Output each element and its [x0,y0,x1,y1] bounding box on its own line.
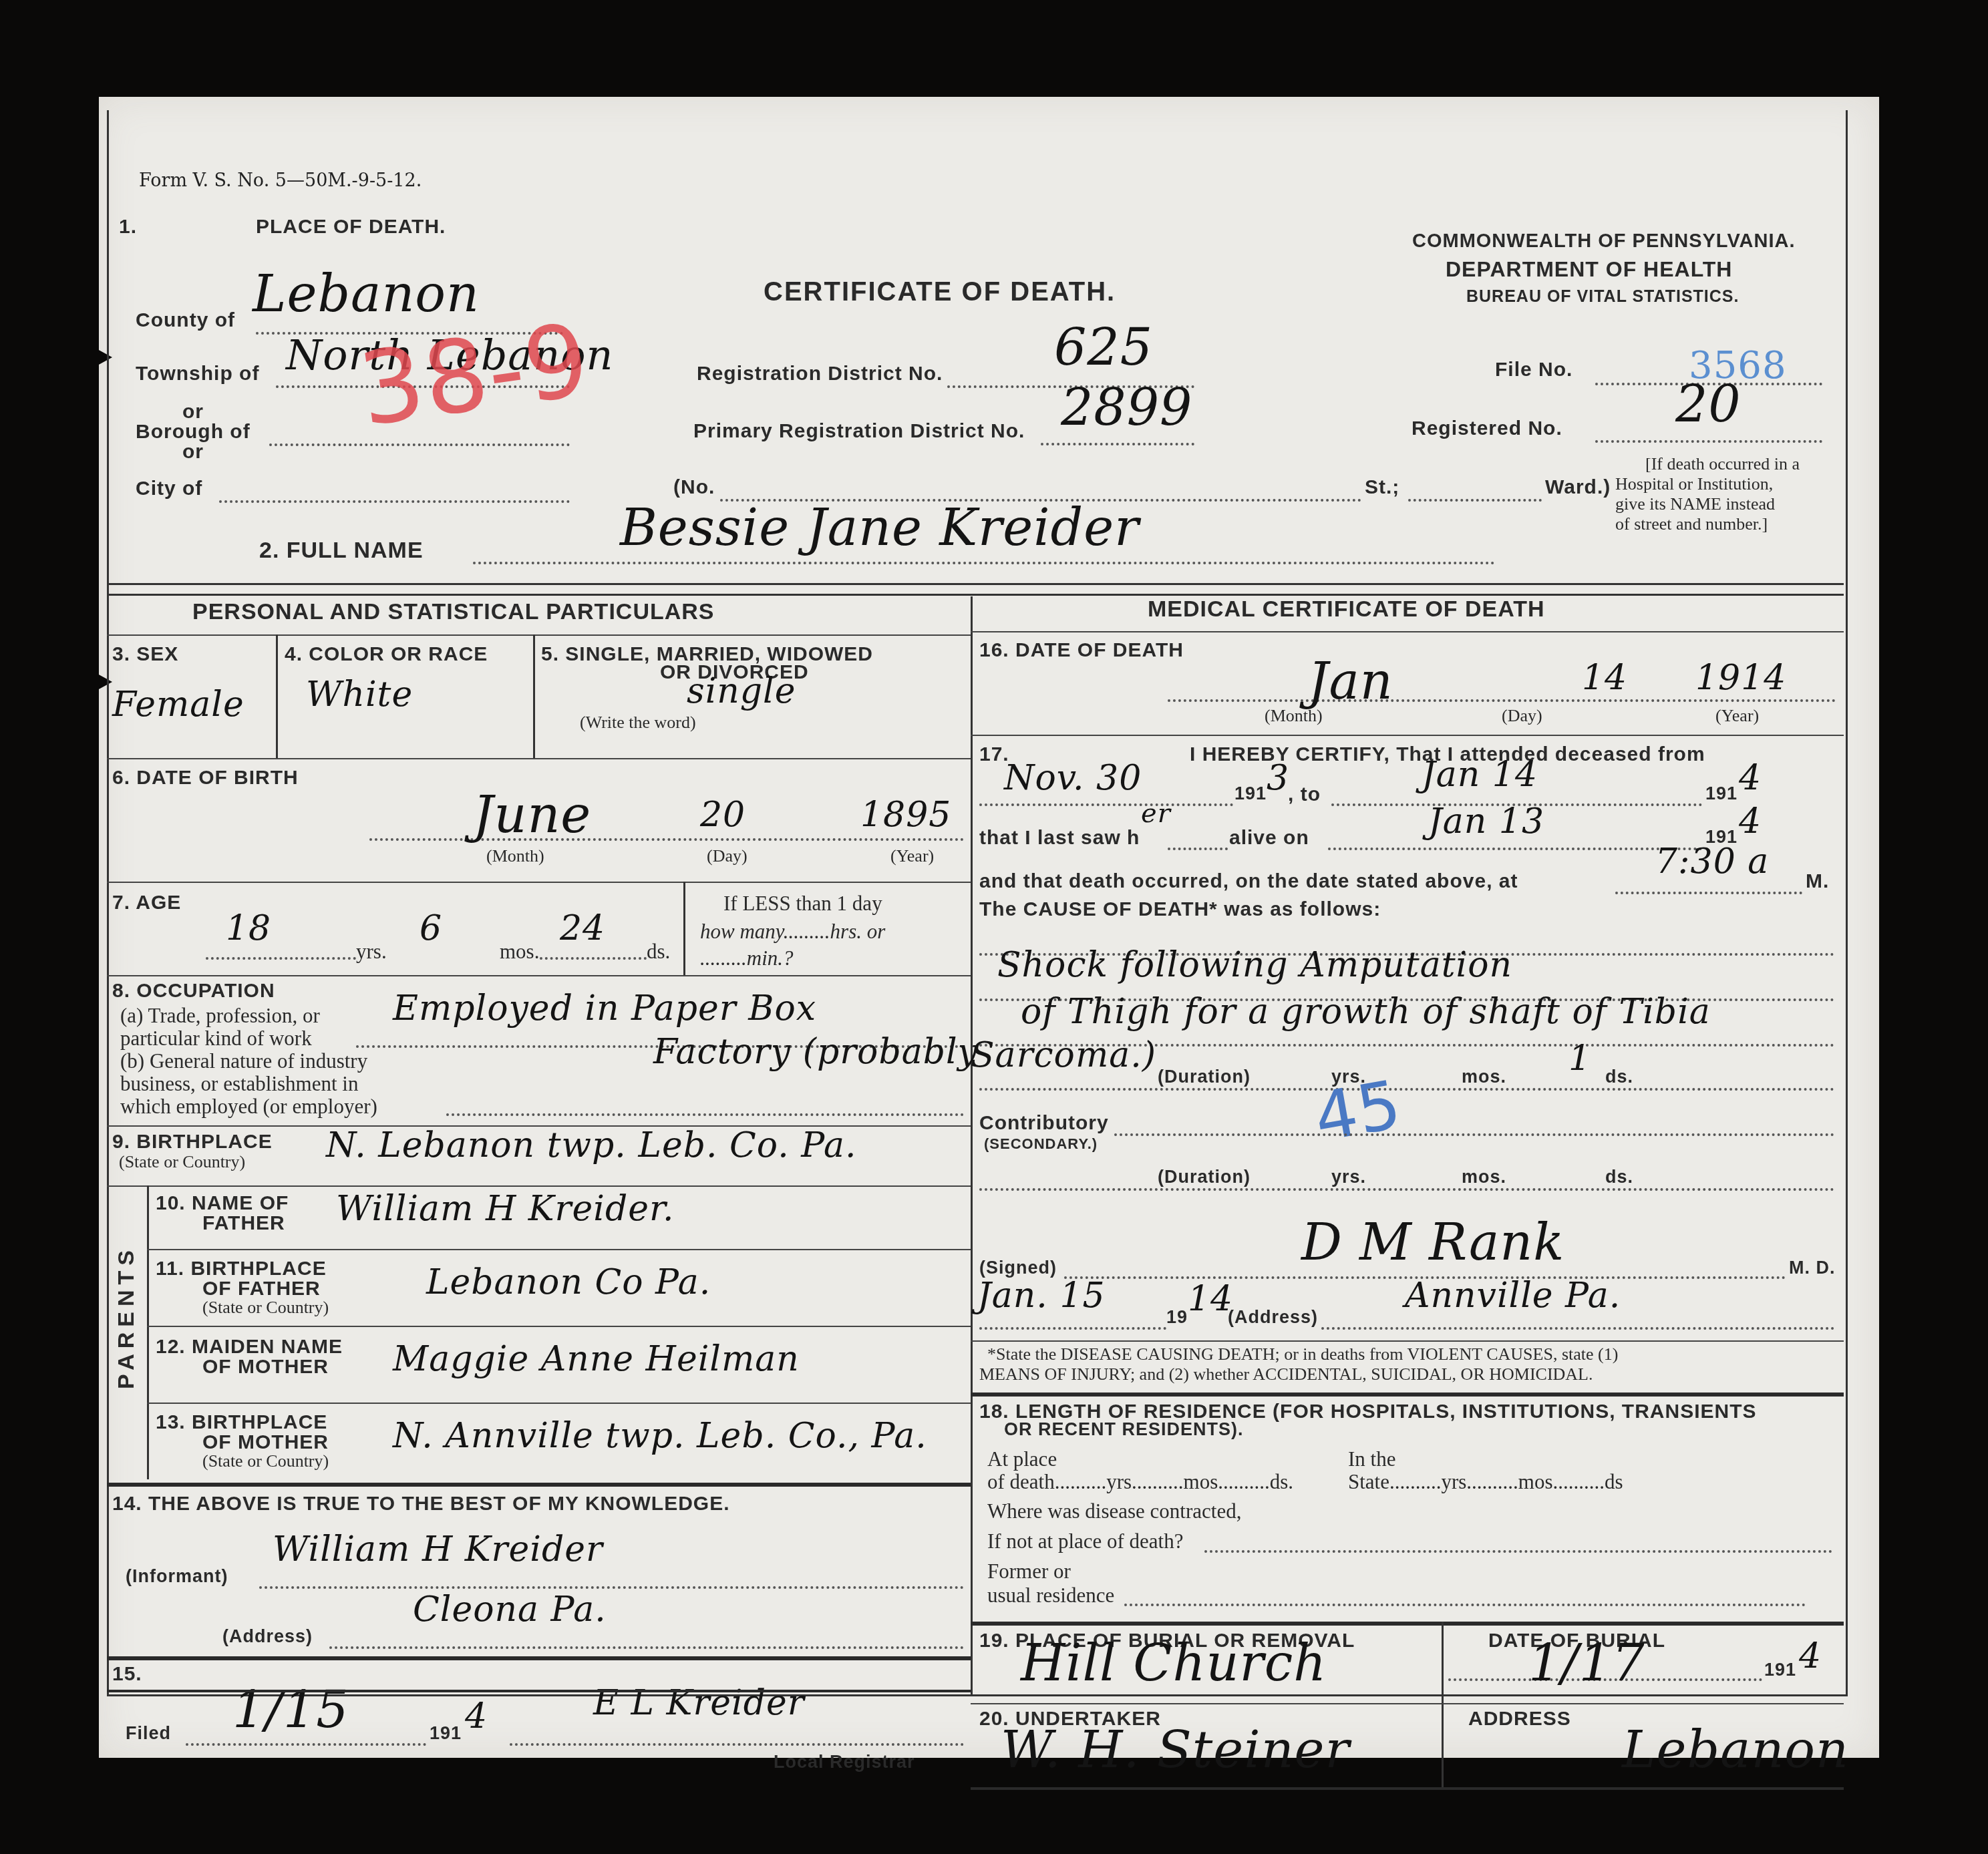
row-rule [971,1393,1844,1397]
sex-value: Female [112,685,244,725]
father-name-label-1: 10. NAME OF [156,1192,289,1215]
row-rule [971,631,1844,632]
state-duration-label: State..........yrs..........mos.........… [1348,1470,1623,1494]
cause-value-line2: of Thigh for a growth of shaft of Tibia [1021,992,1711,1032]
age-years-unit: yrs. [356,940,387,964]
death-date-line [1168,699,1836,702]
certificate-title: CERTIFICATE OF DEATH. [764,277,1116,307]
footnote-line2: MEANS OF INJURY; and (2) whether ACCIDEN… [979,1364,1593,1384]
full-name-label: 2. FULL NAME [259,538,424,564]
registrar-label: Local Registrar [774,1752,915,1773]
death-year-caption: (Year) [1715,706,1759,726]
registration-district-value: 625 [1054,317,1153,377]
informant-address-line [329,1646,964,1649]
row-rule [107,758,971,759]
row-rule [971,735,1844,736]
birth-month-caption: (Month) [486,846,544,866]
less-than-day-line2: how many.........hrs. or [700,920,885,944]
am-pm-label: M. [1806,870,1829,893]
death-day-caption: (Day) [1502,706,1542,726]
issuer-line3: BUREAU OF VITAL STATISTICS. [1466,287,1739,307]
row-rule [147,1249,971,1250]
registration-district-label: Registration District No. [697,363,943,385]
bottom-rule-left [107,1690,971,1692]
physician-address-value: Annville Pa. [1405,1276,1621,1316]
birth-year-value: 1895 [860,795,951,835]
from-year-suffix: 3 [1267,758,1289,798]
age-label: 7. AGE [112,892,181,914]
borough-line [269,443,570,446]
occupation-b-value: Factory (probably [653,1032,978,1072]
death-time-label: and that death occurred, on the date sta… [979,870,1518,893]
hospital-note-line2: Hospital or Institution, [1615,474,1773,494]
duration-ds-unit: ds. [1605,1067,1633,1087]
former-residence-line [1124,1604,1806,1606]
birth-year-caption: (Year) [890,846,934,866]
physician-address-label: (Address) [1228,1307,1318,1328]
alive-on-value: Jan 13 [1428,801,1544,842]
section-number: 1. [119,216,137,238]
last-saw-label: that I last saw h [979,827,1140,850]
row-rule [971,1340,1844,1342]
to-year-suffix: 4 [1739,758,1762,798]
attended-from-line [979,803,1233,806]
mother-name-label-1: 12. MAIDEN NAME [156,1336,343,1358]
city-label: City of [136,478,202,500]
birth-day-value: 20 [700,795,745,835]
sign-date-value: Jan. 15 [977,1276,1106,1316]
mother-birthplace-label-1: 13. BIRTHPLACE [156,1411,327,1434]
if-not-place-label: If not at place of death? [987,1529,1184,1553]
row-rule [971,1703,1844,1704]
last-saw-line [1168,848,1228,850]
last-saw-suffix: er [1141,798,1171,829]
occupation-b-line3: which employed (or employer) [120,1095,377,1119]
father-birthplace-value: Lebanon Co Pa. [426,1262,711,1302]
informant-value: William H Kreider [273,1529,603,1569]
cell-divider [533,634,535,758]
less-than-day-line1: If LESS than 1 day [723,892,882,916]
burial-year-suffix: 4 [1799,1636,1822,1676]
former-residence-label-1: Former or [987,1559,1071,1584]
row-rule [107,975,971,976]
primary-district-value: 2899 [1061,377,1192,437]
informant-heading: 14. THE ABOVE IS TRUE TO THE BEST OF MY … [112,1493,730,1515]
occupation-a-line1: (a) Trade, profession, or [120,1004,320,1028]
divider-rule [107,583,1844,585]
primary-district-line [1041,443,1194,445]
filed-date-line [186,1743,426,1746]
burial-place-value: Hill Church [1021,1633,1327,1692]
alive-on-label: alive on [1229,827,1309,850]
contributory-label: Contributory [979,1112,1109,1135]
father-birthplace-label-1: 11. BIRTHPLACE [156,1258,327,1280]
alive-on-line [1328,848,1702,850]
at-place-label: At place [987,1447,1057,1471]
street-number-label: (No. [673,476,715,499]
column-divider [971,596,973,1694]
mother-name-label-2: OF MOTHER [202,1356,329,1378]
to-year-prefix: 191 [1705,783,1737,804]
duration-mos-unit: mos. [1462,1167,1506,1187]
informant-line [259,1586,964,1589]
occupation-label: 8. OCCUPATION [112,980,275,1002]
duration-ds-unit: ds. [1605,1167,1633,1187]
burial-date-value: 1/17 [1528,1633,1645,1692]
birthplace-sublabel: (State or Country) [119,1152,245,1172]
contracted-line [1204,1550,1832,1553]
death-time-line [1615,892,1802,894]
filed-label: Filed [126,1723,171,1744]
age-days-value: 24 [560,908,605,948]
from-year-prefix: 191 [1234,783,1267,804]
row-rule [147,1403,971,1404]
row-rule [147,1326,971,1327]
sign-date-line [979,1327,1166,1330]
registrar-signature: E L Kreider [593,1683,805,1723]
duration-mos-unit: mos. [1462,1067,1506,1087]
registered-number-value: 20 [1675,374,1742,433]
medical-certificate-heading: MEDICAL CERTIFICATE OF DEATH [1148,596,1545,622]
filing-section-number: 15. [112,1663,142,1686]
city-line [219,500,570,503]
birth-date-line [369,838,964,841]
occupation-b-line1: (b) General nature of industry [120,1049,367,1073]
cell-divider [683,882,685,975]
birth-month-value: June [473,785,591,844]
contributory-duration-line [979,1188,1834,1191]
filed-year-suffix: 4 [465,1696,488,1736]
footnote-line1: *State the DISEASE CAUSING DEATH; or in … [987,1344,1618,1364]
occupation-b-line2: business, or establishment in [120,1072,358,1096]
or-label: or [182,401,204,423]
divider-rule [107,594,1844,596]
race-value: White [306,675,413,715]
contributory-line [1114,1133,1834,1136]
secondary-label: (SECONDARY.) [984,1135,1098,1153]
street-label: St.; [1365,476,1399,499]
death-time-value: 7:30 a [1655,842,1769,882]
row-rule [107,882,971,883]
sign-year-prefix: 19 [1166,1307,1188,1328]
sex-label: 3. SEX [112,643,178,666]
physician-signature: D M Rank [1301,1212,1564,1272]
marital-hint: (Write the word) [580,713,696,733]
bottom-rule-right [971,1787,1844,1790]
physician-address-line [1321,1327,1834,1330]
informant-address-value: Cleona Pa. [413,1590,607,1630]
occupation-a-value: Employed in Paper Box [393,988,816,1029]
filed-date-value: 1/15 [232,1680,349,1739]
place-of-death-heading: PLACE OF DEATH. [256,216,446,238]
birth-date-label: 6. DATE OF BIRTH [112,767,299,789]
row-rule [107,634,971,636]
md-label: M. D. [1789,1258,1836,1278]
hospital-note-line1: [If death occurred in a [1645,454,1800,474]
death-date-label: 16. DATE OF DEATH [979,639,1184,662]
place-duration-label: of death..........yrs..........mos......… [987,1470,1293,1494]
cause-value-line1: Shock following Amputation [997,945,1512,985]
or-label: or [182,441,204,463]
age-days-line [540,957,647,960]
cell-divider [276,634,278,758]
death-month-value: Jan [1308,651,1393,711]
duration-label: (Duration) [1158,1067,1251,1087]
death-month-caption: (Month) [1265,706,1323,726]
row-rule [107,1185,971,1187]
hospital-note-line4: of street and number.] [1615,514,1768,534]
age-months-unit: mos. [500,940,539,964]
cause-value-line3: Sarcoma.) [971,1035,1156,1075]
informant-label: (Informant) [126,1566,228,1587]
father-birthplace-sublabel: (State or Country) [202,1298,329,1318]
registered-number-line [1595,440,1822,443]
attended-from-value: Nov. 30 [1004,758,1142,798]
registered-number-label: Registered No. [1412,417,1562,440]
death-year-value: 1914 [1695,658,1786,698]
township-label: Township of [136,363,259,385]
file-number-label: File No. [1495,359,1572,381]
cause-duration-line [979,1088,1834,1091]
ward-line [1408,499,1542,502]
issuer-line2: DEPARTMENT OF HEALTH [1446,257,1732,282]
former-residence-label-2: usual residence [987,1584,1114,1608]
sign-year-suffix: 14 [1188,1279,1233,1319]
row-rule [971,1622,1844,1626]
mother-name-value: Maggie Anne Heilman [393,1339,800,1379]
mother-birthplace-label-2: OF MOTHER [202,1431,329,1454]
age-years-value: 18 [226,908,271,948]
birthplace-value: N. Lebanon twp. Leb. Co. Pa. [326,1125,856,1165]
race-label: 4. COLOR OR RACE [285,643,488,666]
father-name-value: William H Kreider. [336,1189,675,1229]
age-days-unit: ds. [647,940,670,964]
county-label: County of [136,309,235,332]
cause-of-death-label: The CAUSE OF DEATH* was as follows: [979,898,1381,921]
where-contracted-label: Where was disease contracted, [987,1499,1241,1523]
alive-year-suffix: 4 [1739,801,1762,842]
residence-label-2: OR RECENT RESIDENTS). [1004,1419,1244,1440]
less-than-day-line3: .........min.? [700,946,794,970]
to-label: , to [1288,783,1321,806]
hospital-note-line3: give its NAME instead [1615,494,1775,514]
duration-days-value: 1 [1568,1039,1591,1079]
age-months-value: 6 [420,908,442,948]
issuer-line1: COMMONWEALTH OF PENNSYLVANIA. [1412,230,1796,252]
full-name-value: Bessie Jane Kreider [620,498,1139,557]
county-value: Lebanon [253,264,480,323]
certificate-paper: Form V. S. No. 5—50M.-9-5-12. 1. PLACE O… [99,97,1879,1758]
borough-label: Borough of [136,421,251,443]
birth-day-caption: (Day) [707,846,748,866]
father-birthplace-label-2: OF FATHER [202,1278,321,1300]
registrar-line [510,1743,964,1746]
form-number: Form V. S. No. 5—50M.-9-5-12. [139,170,422,191]
burial-year-prefix: 191 [1764,1660,1796,1680]
mother-birthplace-sublabel: (State or Country) [202,1451,329,1471]
cell-divider [1442,1622,1444,1787]
parents-side-label: PARENTS [114,1245,140,1389]
marital-value: single [687,671,796,711]
informant-address-label: (Address) [222,1626,313,1647]
undertaker-address-label: ADDRESS [1468,1708,1571,1730]
primary-district-label: Primary Registration District No. [693,420,1025,443]
occupation-a-line2: particular kind of work [120,1027,312,1051]
row-rule [107,1656,971,1660]
duration-label: (Duration) [1158,1167,1251,1187]
in-the-label: In the [1348,1447,1395,1471]
undertaker-address-value: Lebanon [1622,1720,1849,1779]
age-years-line [206,957,356,960]
row-rule [107,1483,971,1487]
full-name-line [473,562,1495,564]
death-day-value: 14 [1582,658,1627,698]
birthplace-label: 9. BIRTHPLACE [112,1131,273,1153]
parents-divider [147,1185,149,1479]
occupation-b-line [446,1113,964,1116]
father-name-label-2: FATHER [202,1212,285,1235]
filed-year-prefix: 191 [430,1723,462,1744]
attended-to-value: Jan 14 [1422,755,1538,795]
personal-particulars-heading: PERSONAL AND STATISTICAL PARTICULARS [192,599,715,625]
mother-birthplace-value: N. Annville twp. Leb. Co., Pa. [393,1416,927,1456]
blue-pencil-annotation: 45 [1309,1065,1407,1157]
duration-yrs-unit: yrs. [1331,1167,1366,1187]
ward-label: Ward.) [1545,476,1611,499]
undertaker-value: W. H. Steiner [1001,1720,1350,1779]
